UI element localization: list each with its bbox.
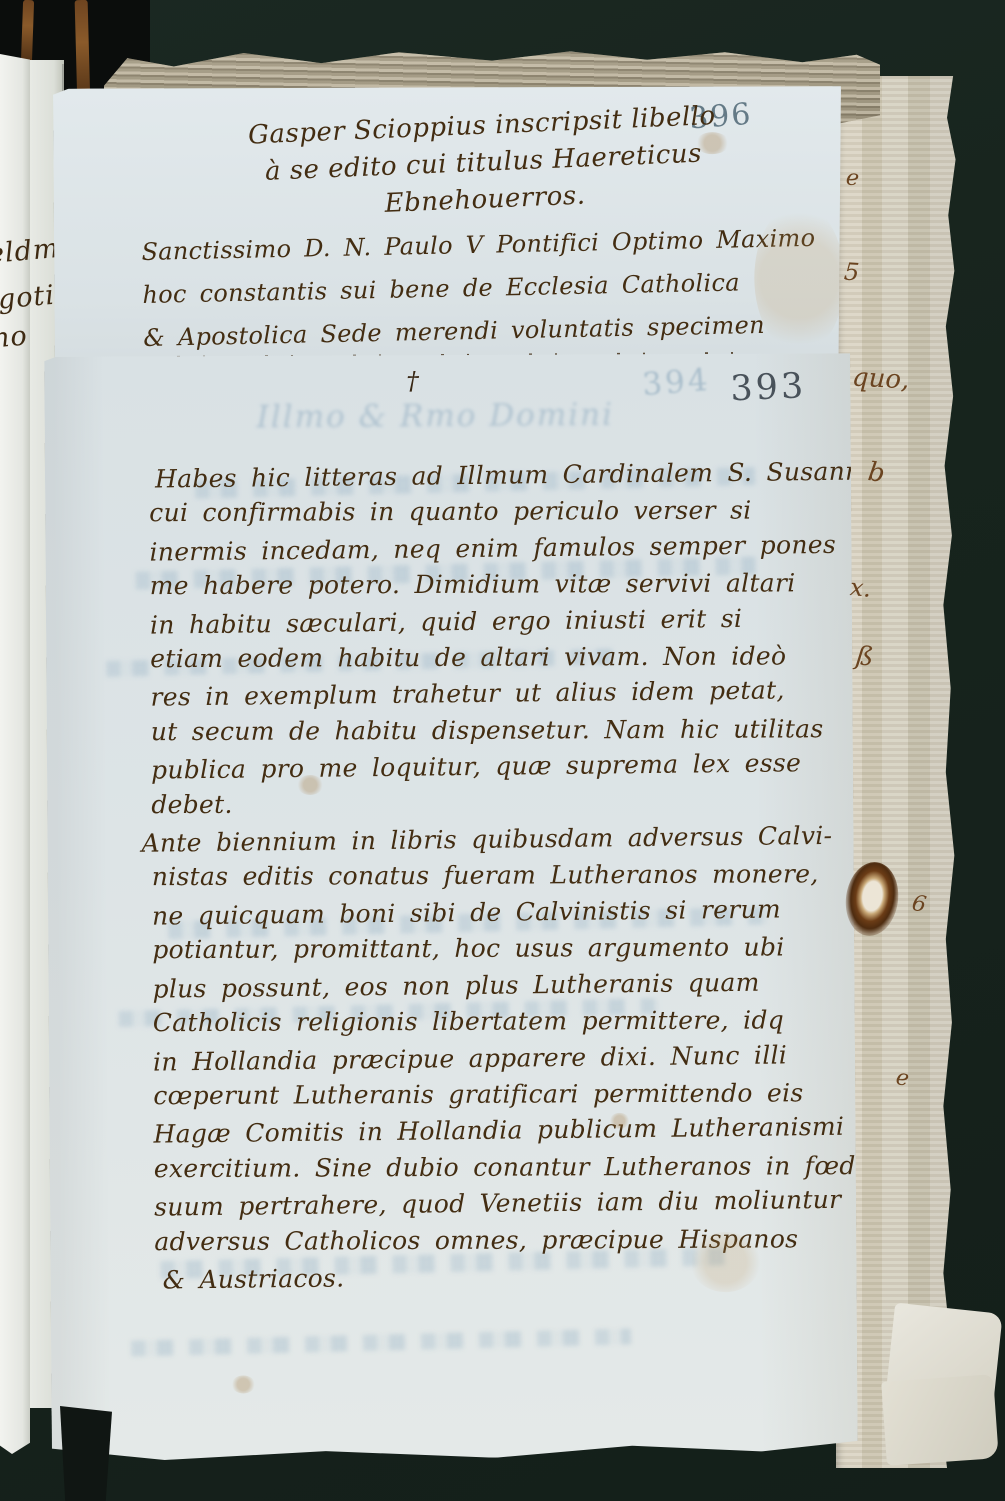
text-line: cui confirmabis in quanto periculo verse…	[149, 493, 849, 532]
text-line: Hagæ Comitis in Hollandia publicum Luthe…	[153, 1109, 853, 1153]
right-margin-fragment: ß	[854, 641, 874, 673]
paper-stain	[754, 203, 845, 354]
foxing-spot	[231, 1375, 255, 1393]
right-margin-fragment: 5	[843, 258, 860, 287]
text-line: ut secum de habitu dispensetur. Nam hic …	[151, 711, 851, 750]
text-line: inermis incedam, neq enim famulos semper…	[149, 526, 849, 570]
text-line: etiam eodem habitu de altari vivam. Non …	[150, 638, 850, 677]
smudge	[695, 132, 729, 154]
show-through-salutation: Illmo & Rmo Domini	[256, 397, 614, 435]
text-line: cœperunt Lutheranis gratificari permitte…	[153, 1075, 853, 1114]
main-page: 394 393 † Illmo & Rmo Domini Habes hic l…	[44, 351, 858, 1461]
page-number-393: 393	[730, 366, 807, 409]
top-page: 396 Gasper Scioppius inscripsit libello …	[53, 83, 843, 388]
text-line: ne quicquam boni sibi de Calvinistis si …	[152, 891, 852, 935]
right-margin-fragment: e	[845, 165, 861, 191]
text-line: debet.	[151, 784, 851, 823]
text-line: Catholicis religionis libertatem permitt…	[153, 1002, 853, 1041]
letter-text-block: Habes hic litteras ad Illmum Cardinalem …	[149, 455, 855, 1297]
top-page-body: Sanctissimo D. N. Paulo V Pontifici Opti…	[141, 217, 834, 360]
right-margin-fragment: quo,	[851, 363, 910, 396]
left-margin-fragment: no	[0, 321, 29, 355]
top-page-heading: Gasper Scioppius inscripsit libello à se…	[201, 96, 765, 230]
text-line: Ante biennium in libris quibusdam advers…	[141, 818, 851, 862]
binding-tie	[21, 0, 34, 64]
right-margin-fragment: x.	[849, 573, 873, 603]
text-line: exercitium. Sine dubio conantur Lutheran…	[154, 1148, 854, 1187]
text-line: plus possunt, eos non plus Lutheranis qu…	[152, 963, 852, 1007]
cross-mark: †	[406, 366, 419, 395]
manuscript-photo: eldm rgotio no 396 Gasper Scioppius insc…	[0, 0, 1005, 1501]
crumpled-leaf	[881, 1374, 999, 1466]
text-line: res in exemplum trahetur ut alius idem p…	[150, 672, 850, 716]
text-line: potiantur, promittant, hoc usus argument…	[152, 929, 852, 968]
text-line: suum pertrahere, quod Venetiis iam diu m…	[154, 1182, 854, 1226]
text-line: in habitu sæculari, quid ergo iniusti er…	[150, 599, 850, 643]
foxing-spot	[297, 775, 323, 795]
text-line: Habes hic litteras ad Illmum Cardinalem …	[149, 454, 849, 498]
struck-page-number: 394	[641, 362, 712, 403]
text-line: publica pro me loquitur, quæ suprema lex…	[151, 745, 851, 789]
text-line: in Hollandia præcipue apparere dixi. Nun…	[153, 1036, 853, 1080]
crumpled-corner	[884, 1308, 1004, 1468]
text-line: me habere potero. Dimidium vitæ servivi …	[150, 565, 850, 604]
foxing-spot	[609, 1113, 629, 1129]
paper-stain	[690, 1232, 760, 1292]
left-margin-fragment: eldm	[0, 233, 61, 270]
book-board-bottom	[60, 1406, 112, 1501]
text-line: nistas editis conatus fueram Lutheranos …	[152, 857, 852, 896]
